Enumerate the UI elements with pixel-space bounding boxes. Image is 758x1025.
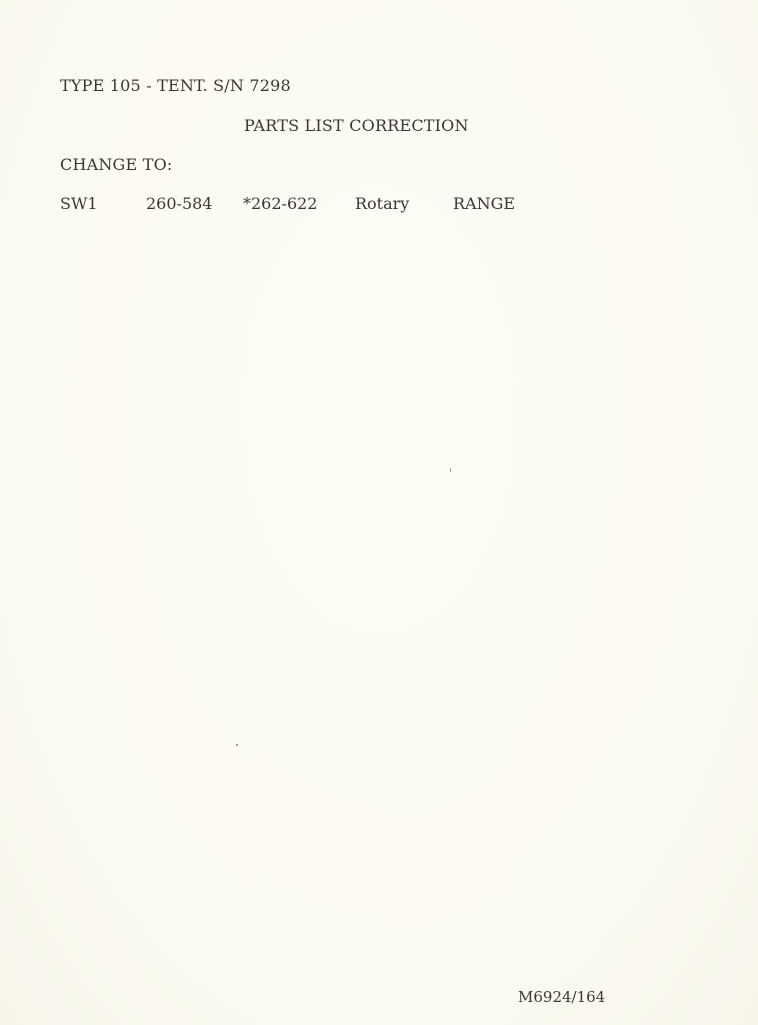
new-part-number: *262-622 [243,194,317,213]
document-title: PARTS LIST CORRECTION [244,116,469,135]
document-header: TYPE 105 - TENT. S/N 7298 [60,76,291,95]
part-function: RANGE [453,194,515,213]
paper-background [0,0,758,1025]
part-reference: SW1 [60,194,98,213]
change-instruction: CHANGE TO: [60,155,172,174]
document-code: M6924/164 [518,988,605,1006]
old-part-number: 260-584 [146,194,212,213]
paper-speck [236,744,238,746]
paper-speck [450,468,451,472]
part-description: Rotary [355,194,409,213]
